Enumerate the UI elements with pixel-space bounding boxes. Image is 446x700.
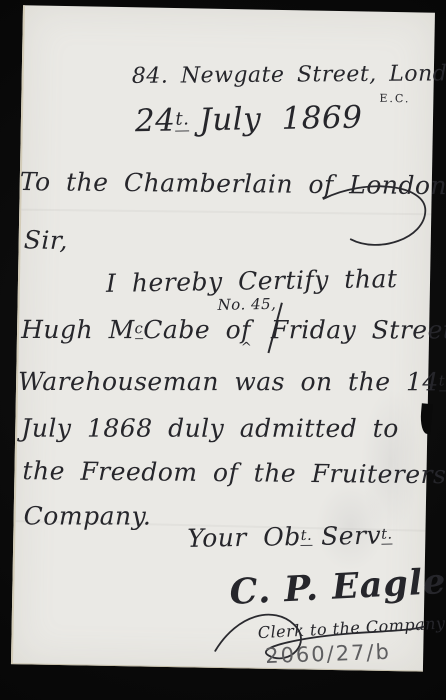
body-line-5: the Freedom of the Fruiterers' bbox=[22, 456, 446, 489]
catalog-number: 2060/27/b bbox=[265, 640, 391, 668]
scanned-letter: 84. Newgate Street, London. E.C. 24t.Jul… bbox=[11, 5, 435, 671]
body-line-6-text: Company. bbox=[24, 501, 152, 530]
body-line-2: Hugh McCabe ofFriday Street bbox=[21, 315, 446, 344]
closing-sup-2: t. bbox=[381, 527, 393, 545]
body-line-4: July 1868 duly admitted to bbox=[21, 414, 399, 443]
body-line-2-mid: Cabe of bbox=[143, 315, 251, 344]
pen-flourish-swash bbox=[320, 181, 433, 261]
body-line-3-text: Warehouseman was on the 14 bbox=[18, 367, 439, 396]
ordinal-suffix: t. bbox=[439, 374, 446, 392]
body-line-1: I hereby Certify that bbox=[106, 264, 398, 298]
body-line-5-text: the Freedom of the Fruiterers' bbox=[22, 456, 446, 489]
mc-superscript: c bbox=[135, 321, 144, 339]
postal-district: E.C. bbox=[379, 92, 410, 106]
body-line-2-pre: Hugh M bbox=[21, 315, 135, 344]
insertion-text: No. 45, bbox=[217, 295, 276, 314]
salutation: Sir, bbox=[23, 225, 68, 255]
body-line-4-text: July 1868 duly admitted to bbox=[21, 414, 399, 443]
catalog-number-text: 2060/27/b bbox=[265, 640, 391, 668]
body-line-3: Warehouseman was on the 14t. bbox=[18, 367, 446, 396]
closing-mid: Serv bbox=[321, 521, 381, 551]
date-day: 24 bbox=[135, 103, 176, 140]
address-text: 84. Newgate Street, London. bbox=[132, 61, 446, 89]
caret-glyph: ^ bbox=[241, 340, 253, 355]
closing-sup-1: t. bbox=[301, 528, 313, 546]
insertion-note: No. 45, bbox=[217, 295, 276, 314]
closing-pre: Your Ob bbox=[187, 522, 301, 553]
body-line-6: Company. bbox=[24, 501, 152, 530]
salutation-text: Sir, bbox=[23, 225, 68, 255]
caret-mark: ^ bbox=[241, 340, 253, 355]
date-line: 24t.July 1869 bbox=[135, 99, 363, 139]
body-line-1-text: I hereby Certify that bbox=[106, 264, 398, 298]
district-text: E.C. bbox=[379, 92, 410, 106]
address-line: 84. Newgate Street, London. bbox=[132, 61, 446, 89]
body-line-2-post: Friday Street bbox=[271, 315, 446, 344]
closing-line: Your Obt.Servt. bbox=[187, 521, 393, 553]
date-month-year: July 1869 bbox=[199, 99, 363, 138]
date-ordinal-suffix: t. bbox=[175, 109, 189, 132]
